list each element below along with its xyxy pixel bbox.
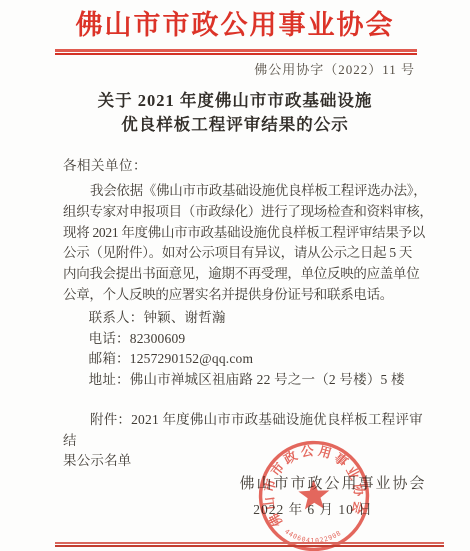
salutation: 各相关单位： bbox=[63, 154, 147, 174]
attachment-line: 果公示名单 bbox=[63, 451, 428, 472]
document-title-line2: 优良样板工程评审结果的公示 bbox=[0, 113, 470, 137]
contact-address: 地址：佛山市禅城区祖庙路 22 号之一（2 号楼）5 楼 bbox=[63, 370, 428, 391]
header-divider-thick-line bbox=[55, 49, 417, 52]
org-header-title: 佛山市市政公用事业协会 bbox=[0, 9, 470, 41]
document-title-line1: 关于 2021 年度佛山市市政基础设施 bbox=[0, 89, 470, 113]
header-divider bbox=[55, 49, 417, 56]
attachment-line: 附件：2021 年度佛山市市政基础设施优良样板工程评审结 bbox=[63, 410, 428, 451]
footer-divider-top-line bbox=[55, 542, 444, 544]
document-number: 佛公用协字（2022）11 号 bbox=[254, 59, 415, 78]
footer-divider-bottom-line bbox=[55, 545, 444, 547]
attachment-note: 附件：2021 年度佛山市市政基础设施优良样板工程评审结 果公示名单 bbox=[63, 410, 428, 472]
signature-org-name: 佛山市市政公用事业协会 bbox=[233, 472, 433, 493]
header-divider-thin-line bbox=[55, 53, 417, 55]
signature-date: 2022 年 6 月 10 日 bbox=[233, 498, 393, 518]
contact-person: 联系人：钟颖、谢哲瀚 bbox=[63, 308, 428, 329]
document-title: 关于 2021 年度佛山市市政基础设施 优良样板工程评审结果的公示 bbox=[0, 89, 470, 137]
footer-divider bbox=[55, 542, 444, 548]
paragraph-line: 公章，个人反映的应署实名并提供身份证号和联系电话。 bbox=[63, 285, 428, 306]
body-paragraph: 我会依据《佛山市市政基础设施优良样板工程评选办法》， 组织专家对申报项目（市政绿… bbox=[63, 181, 428, 306]
contact-info: 联系人：钟颖、谢哲瀚 电话：82300609 邮箱：1257290152@qq.… bbox=[63, 308, 428, 390]
paragraph-line: 组织专家对申报项目（市政绿化）进行了现场检查和资料审核， bbox=[63, 202, 428, 223]
paragraph-line: 我会依据《佛山市市政基础设施优良样板工程评选办法》， bbox=[63, 181, 428, 202]
paragraph-line: 公示（见附件）。如对公示项目有异议，请从公示之日起 5 天 bbox=[63, 243, 428, 264]
document-page: 佛山市市政公用事业协会 佛公用协字（2022）11 号 关于 2021 年度佛山… bbox=[0, 0, 470, 551]
paragraph-line: 现将 2021 年度佛山市市政基础设施优良样板工程评审结果予以 bbox=[63, 223, 428, 244]
contact-email: 邮箱：1257290152@qq.com bbox=[63, 349, 428, 370]
paragraph-line: 内向我会提出书面意见，逾期不再受理，单位反映的应盖单位 bbox=[63, 264, 428, 285]
contact-phone: 电话：82300609 bbox=[63, 329, 428, 350]
